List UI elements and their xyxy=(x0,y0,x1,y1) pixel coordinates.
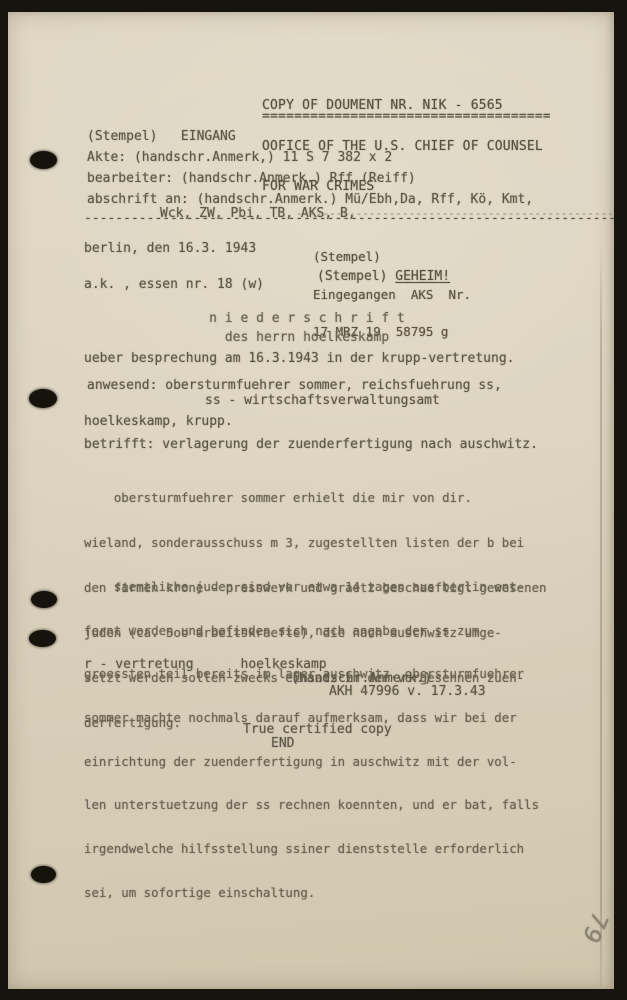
scanned-page-background: COPY OF DOUMENT NR. NIK - 6565 OOFICE OF… xyxy=(0,0,627,1000)
akte-line: Akte: (handschr.Anmerk,) 11 S 7 382 x 2 xyxy=(87,150,392,165)
abschrift-line1: abschrift an: (handschr.Anmerk.) Mü/Ebh,… xyxy=(87,192,533,207)
secret-stamp-line: (Stempel) GEHEIM! xyxy=(317,271,450,284)
underlying-sheet-edge xyxy=(600,238,602,986)
receipt-stamp-label: (Stempel) xyxy=(313,251,471,264)
certification-line1: True certified copy xyxy=(243,722,392,737)
receipt-stamp-line1: Eingegangen AKS Nr. xyxy=(313,289,471,302)
document-subtitle: des herrn hoelkeskamp xyxy=(0,330,614,345)
paragraph-line: obersturmfuehrer sommer erhielt die mir … xyxy=(84,490,547,505)
occ-header-underline: ========================================… xyxy=(262,110,550,124)
paragraph-line: fernt worden und befinden sich nach anga… xyxy=(84,623,539,637)
punch-hole xyxy=(31,591,57,608)
stempel-eingang-line: (Stempel) EINGANG xyxy=(87,129,236,144)
betrifft-line: betrifft: verlagerung der zuenderfertigu… xyxy=(84,437,538,452)
attendees-line1: anwesend: obersturmfuehrer sommer, reich… xyxy=(87,378,502,393)
reference-line: a.k. , essen nr. 18 (w) xyxy=(84,277,264,292)
body-paragraph-2: saemtliche juden sind vor etwa 14 tagen … xyxy=(84,549,539,929)
signature-line: r - vertretung hoelkeskamp xyxy=(84,657,327,672)
signature-ref: AKH 47996 v. 17.3.43 xyxy=(329,684,486,699)
punch-hole xyxy=(30,151,57,169)
attendees-line3: hoelkeskamp, krupp. xyxy=(84,414,233,429)
paragraph-line: sei, um sofortige einschaltung. xyxy=(84,885,539,899)
punch-hole xyxy=(29,389,57,408)
attendees-line2: ss - wirtschaftsverwaltungsamt xyxy=(205,393,440,408)
punch-hole xyxy=(31,866,56,883)
secret-stamp-label: (Stempel) xyxy=(317,269,395,284)
title-subject-line: ueber besprechung am 16.3.1943 in der kr… xyxy=(84,351,514,366)
paragraph-line: einrichtung der zuenderfertigung in ausc… xyxy=(84,754,539,768)
certification-line2: END xyxy=(271,736,294,751)
punch-hole xyxy=(29,630,56,647)
paragraph-line: saemtliche juden sind vor etwa 14 tagen … xyxy=(84,579,539,593)
geheim-stamp: GEHEIM! xyxy=(395,269,450,284)
place-date-line: berlin, den 16.3. 1943 xyxy=(84,241,256,256)
paragraph-line: irgendwelche hilfsstellung ssiner dienst… xyxy=(84,841,539,855)
typed-dashed-rule: ----------------------------------------… xyxy=(84,211,614,226)
document-title: n i e d e r s c h r i f t xyxy=(0,311,614,326)
bearbeiter-line: bearbeiter: (handschr.Anmerk.) Rff (Reif… xyxy=(87,171,416,186)
paragraph-line: wieland, sonderausschuss m 3, zugestellt… xyxy=(84,535,547,550)
paragraph-line: len unterstuetzung der ss rechnen koennt… xyxy=(84,797,539,811)
